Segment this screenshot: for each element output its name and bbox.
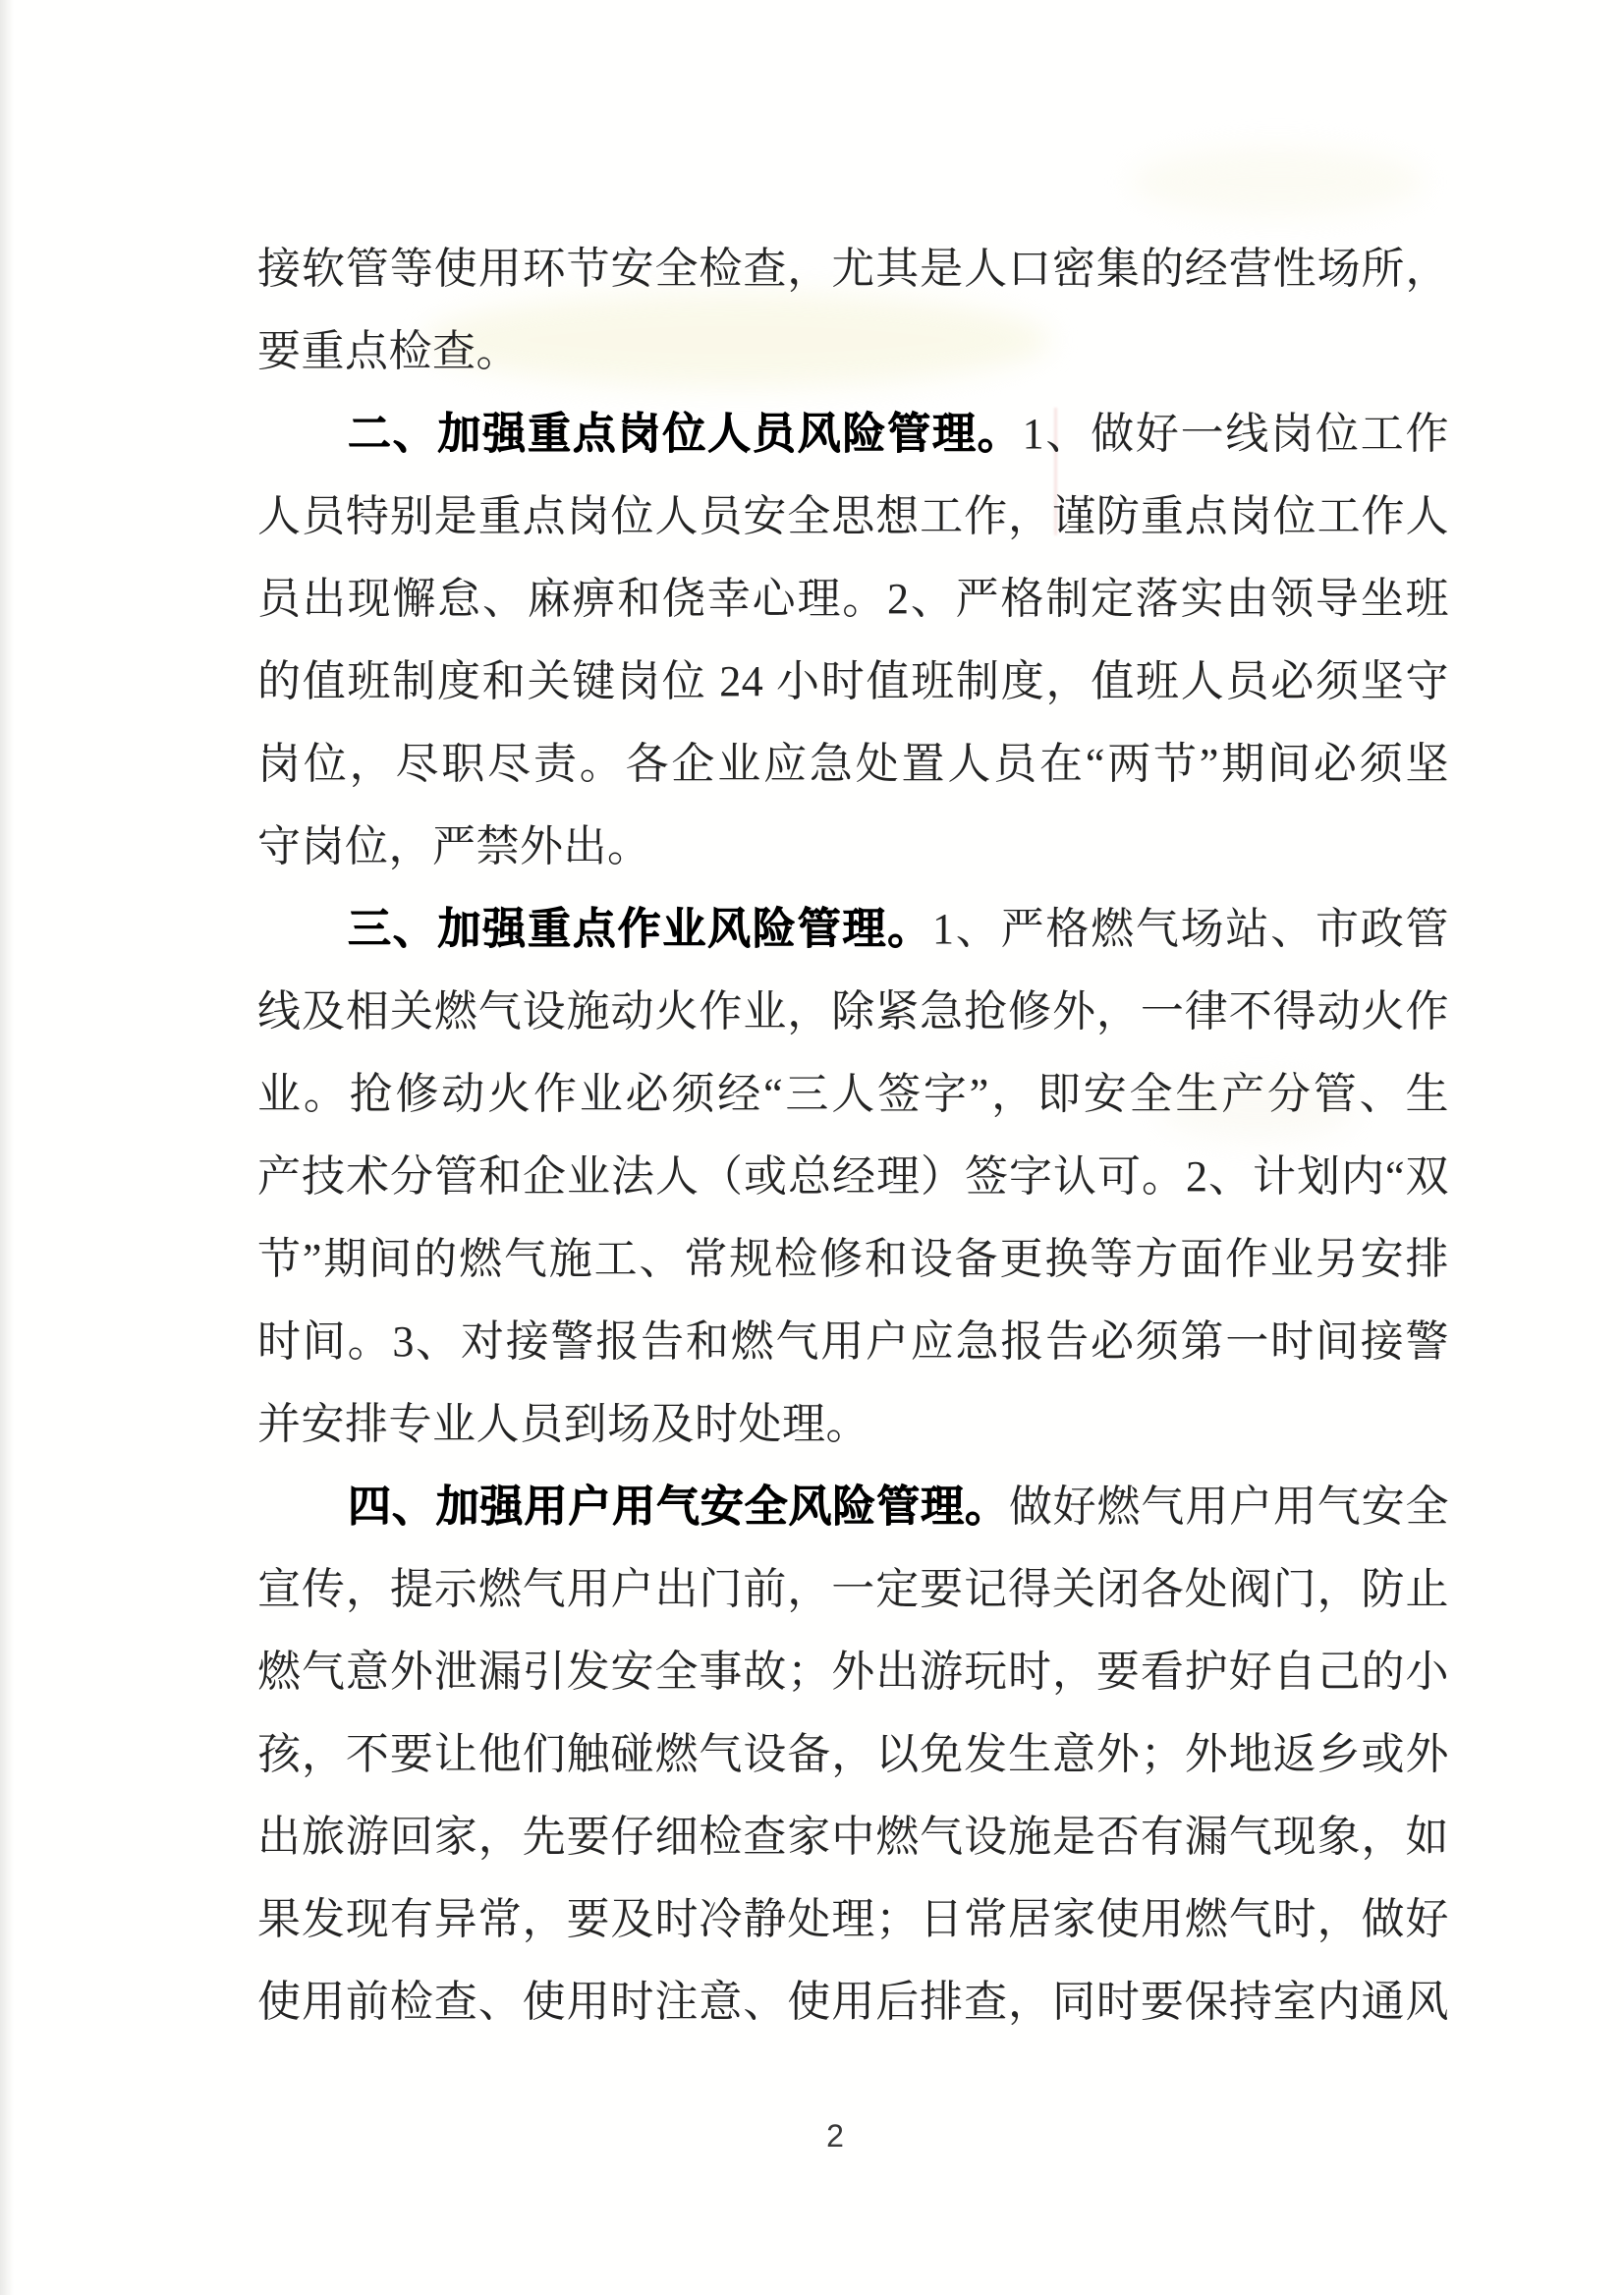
- document-page: 接软管等使用环节安全检查，尤其是人口密集的经营性场所， 要重点检查。 二、加强重…: [0, 0, 1624, 2295]
- text-line: 孩，不要让他们触碰燃气设备，以免发生意外；外地返乡或外: [257, 1713, 1449, 1796]
- section-text: 1、严格燃气场站、市政管: [932, 905, 1449, 953]
- document-body-text: 接软管等使用环节安全检查，尤其是人口密集的经营性场所， 要重点检查。 二、加强重…: [257, 228, 1449, 2043]
- section-text: 1、做好一线岗位工作: [1023, 410, 1449, 458]
- text-line: 岗位，尽职尽责。各企业应急处置人员在“两节”期间必须坚: [257, 723, 1449, 806]
- text-line: 节”期间的燃气施工、常规检修和设备更换等方面作业另安排: [257, 1218, 1449, 1301]
- page-number: 2: [0, 2118, 1624, 2155]
- section-text: 做好燃气用户用气安全: [1009, 1483, 1449, 1531]
- text-line: 要重点检查。: [257, 310, 1449, 393]
- text-line-section-3: 三、加强重点作业风险管理。1、严格燃气场站、市政管: [257, 888, 1449, 971]
- scanner-edge-shadow: [0, 0, 14, 2295]
- section-heading: 三、加强重点作业风险管理。: [348, 905, 932, 953]
- text-line: 果发现有异常，要及时冷静处理；日常居家使用燃气时，做好: [257, 1878, 1449, 1961]
- text-line: 宣传，提示燃气用户出门前，一定要记得关闭各处阀门，防止: [257, 1548, 1449, 1631]
- text-line: 并安排专业人员到场及时处理。: [257, 1383, 1449, 1466]
- text-line: 使用前检查、使用时注意、使用后排查，同时要保持室内通风: [257, 1961, 1449, 2043]
- text-line: 时间。3、对接警报告和燃气用户应急报告必须第一时间接警: [257, 1301, 1449, 1383]
- section-heading: 二、加强重点岗位人员风险管理。: [348, 410, 1023, 458]
- section-heading: 四、加强用户用气安全风险管理。: [348, 1483, 1009, 1531]
- text-line-section-2: 二、加强重点岗位人员风险管理。1、做好一线岗位工作: [257, 393, 1449, 476]
- text-line: 线及相关燃气设施动火作业，除紧急抢修外，一律不得动火作: [257, 971, 1449, 1053]
- text-line: 接软管等使用环节安全检查，尤其是人口密集的经营性场所，: [257, 228, 1449, 310]
- text-line: 人员特别是重点岗位人员安全思想工作，谨防重点岗位工作人: [257, 476, 1449, 558]
- scan-smudge: [1130, 147, 1425, 216]
- text-line: 员出现懈怠、麻痹和侥幸心理。2、严格制定落实由领导坐班: [257, 558, 1449, 641]
- text-line: 产技术分管和企业法人（或总经理）签字认可。2、计划内“双: [257, 1136, 1449, 1218]
- text-line: 的值班制度和关键岗位 24 小时值班制度，值班人员必须坚守: [257, 641, 1449, 723]
- text-line: 守岗位，严禁外出。: [257, 806, 1449, 888]
- text-line: 燃气意外泄漏引发安全事故；外出游玩时，要看护好自己的小: [257, 1631, 1449, 1713]
- text-line: 出旅游回家，先要仔细检查家中燃气设施是否有漏气现象，如: [257, 1796, 1449, 1878]
- text-line-section-4: 四、加强用户用气安全风险管理。做好燃气用户用气安全: [257, 1466, 1449, 1548]
- text-line: 业。抢修动火作业必须经“三人签字”，即安全生产分管、生: [257, 1053, 1449, 1136]
